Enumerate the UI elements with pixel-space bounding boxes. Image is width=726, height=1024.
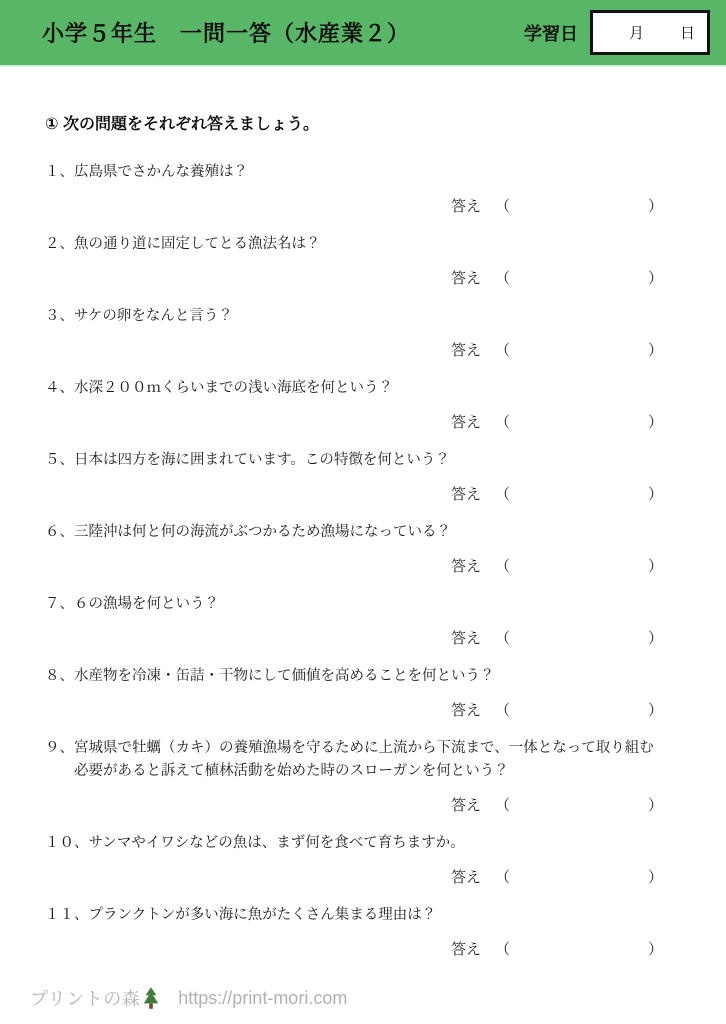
answer-label: 答え bbox=[451, 627, 481, 650]
question-row: ８、 水産物を冷凍・缶詰・干物にして価値を高めることを何という？ bbox=[45, 665, 663, 688]
answer-blank bbox=[510, 877, 648, 878]
answer-row: 答え （ ） bbox=[45, 555, 663, 578]
answer-open-paren: （ bbox=[495, 938, 510, 961]
question-text: 広島県でさかんな養殖は？ bbox=[74, 161, 663, 184]
date-entry-box: 月 日 bbox=[590, 10, 710, 55]
question-text: 魚の通り道に固定してとる漁法名は？ bbox=[74, 233, 663, 256]
question-block: １１、 プランクトンが多い海に魚がたくさん集まる理由は？ 答え （ ） bbox=[45, 904, 663, 961]
answer-close-paren: ） bbox=[648, 866, 663, 889]
answer-close-paren: ） bbox=[648, 339, 663, 362]
answer-blank bbox=[510, 494, 648, 495]
answer-open-paren: （ bbox=[495, 555, 510, 578]
evergreen-tree-icon bbox=[142, 987, 160, 1009]
worksheet-body: ① 次の問題をそれぞれ答えましょう。 １、 広島県でさかんな養殖は？ 答え （ … bbox=[0, 113, 726, 961]
study-date-group: 学習日 月 日 bbox=[524, 10, 710, 55]
question-row: １１、 プランクトンが多い海に魚がたくさん集まる理由は？ bbox=[45, 904, 663, 927]
answer-row: 答え （ ） bbox=[45, 411, 663, 434]
answer-close-paren: ） bbox=[648, 699, 663, 722]
question-block: １０、 サンマやイワシなどの魚は、まず何を食べて育ちますか。 答え （ ） bbox=[45, 832, 663, 889]
question-block: １、 広島県でさかんな養殖は？ 答え （ ） bbox=[45, 161, 663, 218]
answer-label: 答え bbox=[451, 339, 481, 362]
answer-label: 答え bbox=[451, 411, 481, 434]
question-list: １、 広島県でさかんな養殖は？ 答え （ ） ２、 魚の通り道に固定してとる漁法… bbox=[45, 161, 663, 961]
question-text: ６の漁場を何という？ bbox=[74, 593, 663, 616]
answer-open-paren: （ bbox=[495, 339, 510, 362]
question-number: ６、 bbox=[45, 521, 74, 544]
answer-close-paren: ） bbox=[648, 483, 663, 506]
question-number: ２、 bbox=[45, 233, 74, 256]
question-text: 水深２００ｍくらいまでの浅い海底を何という？ bbox=[74, 377, 663, 400]
question-row: ３、 サケの卵をなんと言う？ bbox=[45, 305, 663, 328]
question-number: ４、 bbox=[45, 377, 74, 400]
question-block: ４、 水深２００ｍくらいまでの浅い海底を何という？ 答え （ ） bbox=[45, 377, 663, 434]
answer-close-paren: ） bbox=[648, 267, 663, 290]
answer-label: 答え bbox=[451, 483, 481, 506]
site-url: https://print-mori.com bbox=[178, 988, 347, 1009]
page-title: 小学５年生 一問一答（水産業２） bbox=[42, 17, 410, 48]
answer-close-paren: ） bbox=[648, 938, 663, 961]
answer-close-paren: ） bbox=[648, 794, 663, 817]
header-band: 小学５年生 一問一答（水産業２） 学習日 月 日 bbox=[0, 0, 726, 67]
answer-row: 答え （ ） bbox=[45, 699, 663, 722]
answer-open-paren: （ bbox=[495, 195, 510, 218]
question-row: １０、 サンマやイワシなどの魚は、まず何を食べて育ちますか。 bbox=[45, 832, 663, 855]
question-number: ３、 bbox=[45, 305, 74, 328]
section-heading: ① 次の問題をそれぞれ答えましょう。 bbox=[45, 113, 663, 136]
question-text: サンマやイワシなどの魚は、まず何を食べて育ちますか。 bbox=[89, 832, 664, 855]
question-block: ８、 水産物を冷凍・缶詰・干物にして価値を高めることを何という？ 答え （ ） bbox=[45, 665, 663, 722]
answer-blank bbox=[510, 206, 648, 207]
question-block: ３、 サケの卵をなんと言う？ 答え （ ） bbox=[45, 305, 663, 362]
study-date-label: 学習日 bbox=[524, 20, 578, 46]
question-text: 水産物を冷凍・缶詰・干物にして価値を高めることを何という？ bbox=[74, 665, 663, 688]
answer-label: 答え bbox=[451, 866, 481, 889]
question-block: ６、 三陸沖は何と何の海流がぶつかるため漁場になっている？ 答え （ ） bbox=[45, 521, 663, 578]
question-number: ７、 bbox=[45, 593, 74, 616]
question-text: 日本は四方を海に囲まれています。この特徴を何という？ bbox=[74, 449, 663, 472]
answer-label: 答え bbox=[451, 699, 481, 722]
answer-open-paren: （ bbox=[495, 794, 510, 817]
question-row: ４、 水深２００ｍくらいまでの浅い海底を何という？ bbox=[45, 377, 663, 400]
answer-close-paren: ） bbox=[648, 411, 663, 434]
question-row: ５、 日本は四方を海に囲まれています。この特徴を何という？ bbox=[45, 449, 663, 472]
day-label: 日 bbox=[680, 22, 695, 43]
site-name: プリントの森 bbox=[30, 985, 140, 1011]
answer-close-paren: ） bbox=[648, 627, 663, 650]
answer-label: 答え bbox=[451, 794, 481, 817]
answer-open-paren: （ bbox=[495, 699, 510, 722]
answer-label: 答え bbox=[451, 195, 481, 218]
answer-open-paren: （ bbox=[495, 627, 510, 650]
question-number: ９、 bbox=[45, 737, 74, 760]
question-number: ５、 bbox=[45, 449, 74, 472]
question-block: ５、 日本は四方を海に囲まれています。この特徴を何という？ 答え （ ） bbox=[45, 449, 663, 506]
answer-open-paren: （ bbox=[495, 267, 510, 290]
answer-blank bbox=[510, 278, 648, 279]
answer-label: 答え bbox=[451, 938, 481, 961]
footer: プリントの森 https://print-mori.com bbox=[30, 985, 347, 1011]
answer-label: 答え bbox=[451, 267, 481, 290]
answer-blank bbox=[510, 566, 648, 567]
answer-open-paren: （ bbox=[495, 483, 510, 506]
answer-close-paren: ） bbox=[648, 195, 663, 218]
question-block: ２、 魚の通り道に固定してとる漁法名は？ 答え （ ） bbox=[45, 233, 663, 290]
answer-blank bbox=[510, 949, 648, 950]
question-block: ９、 宮城県で牡蠣（カキ）の養殖漁場を守るために上流から下流まで、一体となって取… bbox=[45, 737, 663, 817]
question-number: １０、 bbox=[45, 832, 89, 855]
answer-row: 答え （ ） bbox=[45, 938, 663, 961]
answer-row: 答え （ ） bbox=[45, 339, 663, 362]
answer-open-paren: （ bbox=[495, 411, 510, 434]
answer-blank bbox=[510, 710, 648, 711]
answer-open-paren: （ bbox=[495, 866, 510, 889]
question-number: １１、 bbox=[45, 904, 89, 927]
question-text: サケの卵をなんと言う？ bbox=[74, 305, 663, 328]
answer-row: 答え （ ） bbox=[45, 195, 663, 218]
question-row: ６、 三陸沖は何と何の海流がぶつかるため漁場になっている？ bbox=[45, 521, 663, 544]
question-number: １、 bbox=[45, 161, 74, 184]
answer-row: 答え （ ） bbox=[45, 794, 663, 817]
question-row: ２、 魚の通り道に固定してとる漁法名は？ bbox=[45, 233, 663, 256]
answer-close-paren: ） bbox=[648, 555, 663, 578]
answer-blank bbox=[510, 422, 648, 423]
question-block: ７、 ６の漁場を何という？ 答え （ ） bbox=[45, 593, 663, 650]
question-row: ９、 宮城県で牡蠣（カキ）の養殖漁場を守るために上流から下流まで、一体となって取… bbox=[45, 737, 663, 783]
answer-blank bbox=[510, 805, 648, 806]
answer-blank bbox=[510, 350, 648, 351]
question-text: プランクトンが多い海に魚がたくさん集まる理由は？ bbox=[89, 904, 664, 927]
question-text: 三陸沖は何と何の海流がぶつかるため漁場になっている？ bbox=[74, 521, 663, 544]
answer-blank bbox=[510, 638, 648, 639]
answer-row: 答え （ ） bbox=[45, 627, 663, 650]
month-label: 月 bbox=[629, 22, 644, 43]
answer-row: 答え （ ） bbox=[45, 267, 663, 290]
answer-row: 答え （ ） bbox=[45, 483, 663, 506]
answer-row: 答え （ ） bbox=[45, 866, 663, 889]
question-row: ７、 ６の漁場を何という？ bbox=[45, 593, 663, 616]
question-number: ８、 bbox=[45, 665, 74, 688]
question-row: １、 広島県でさかんな養殖は？ bbox=[45, 161, 663, 184]
answer-label: 答え bbox=[451, 555, 481, 578]
question-text: 宮城県で牡蠣（カキ）の養殖漁場を守るために上流から下流まで、一体となって取り組む… bbox=[74, 737, 663, 783]
